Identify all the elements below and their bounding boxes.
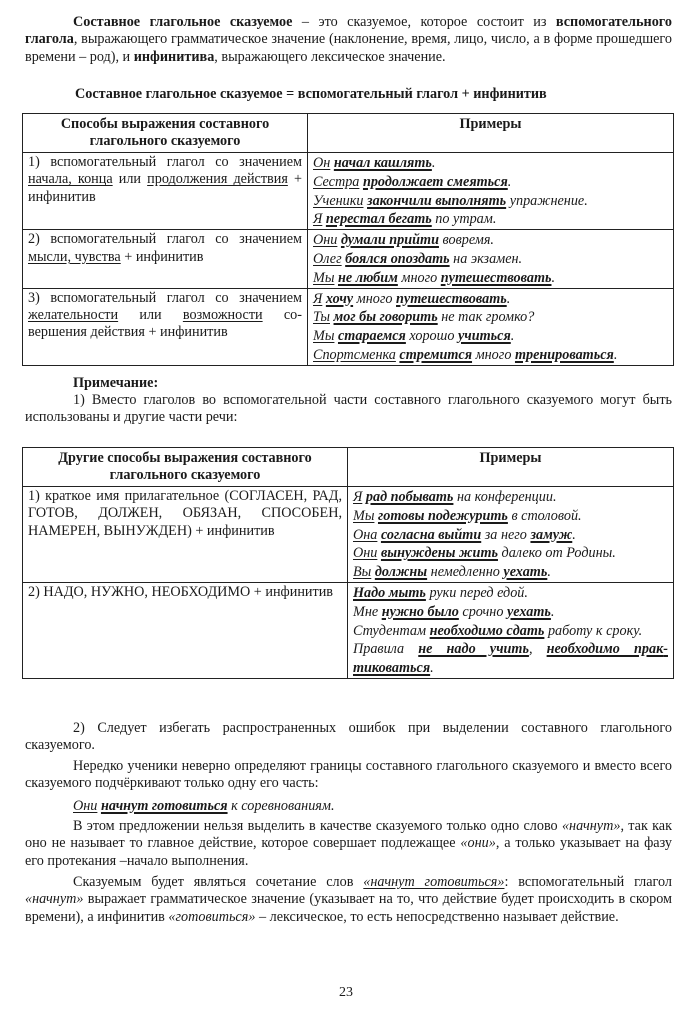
- section2-paragraph-3: В этом предложении нельзя выделить в кач…: [25, 818, 672, 870]
- example-sentence: Сестра продолжает смеяться.: [313, 173, 668, 192]
- example-sentence: Надо мыть руки перед едой.: [353, 584, 668, 603]
- table-header-row: Другие способы выражения составного глаг…: [23, 448, 674, 487]
- example-sentence: Ты мог бы говорить не так громко?: [313, 308, 668, 327]
- table-row: 2) НАДО, НУЖНО, НЕОБХОДИМО + ин­финитив …: [23, 582, 674, 678]
- term-bold: Составное глагольное сказуемое: [73, 14, 292, 30]
- note-title: Примечание:: [73, 375, 692, 392]
- example-sentence: Спортсменка стремится много тренироватьс…: [313, 346, 668, 365]
- example-sentence: Я рад побывать на конференции.: [353, 488, 668, 507]
- example-sentence: Студентам необходимо сдать работу к срок…: [353, 622, 668, 641]
- row-description: 1) вспомогательный глагол со значени­ем …: [23, 153, 308, 230]
- column-header-ways: Способы выражения составного глагольного…: [23, 114, 308, 153]
- example-sentence: Мы стараемся хорошо учиться.: [313, 327, 668, 346]
- note-paragraph: 1) Вместо глаголов во вспомогательной ча…: [25, 392, 672, 427]
- section2-example: Они начнут готовиться к соревнованиям.: [25, 798, 672, 815]
- example-sentence: Она согласна выйти за него замуж.: [353, 526, 668, 545]
- row-examples: Надо мыть руки перед едой. Мне нужно был…: [348, 582, 674, 678]
- table-row: 3) вспомогательный глагол со значени­ем …: [23, 288, 674, 365]
- example-sentence: Я перестал бегать по утрам.: [313, 210, 668, 229]
- row-examples: Я хочу много путешествовать. Ты мог бы г…: [308, 288, 674, 365]
- intro-paragraph: Составное глагольное сказуемое – это ска…: [25, 14, 672, 66]
- example-sentence: Мы готовы подежурить в столовой.: [353, 507, 668, 526]
- table-row: 2) вспомогательный глагол со значени­ем …: [23, 230, 674, 288]
- section2-paragraph-2: Нередко ученики неверно определяют грани…: [25, 758, 672, 793]
- row-examples: Он начал кашлять. Сестра продолжает смея…: [308, 153, 674, 230]
- table-header-row: Способы выражения составного глагольного…: [23, 114, 674, 153]
- table-other-ways: Другие способы выражения составного глаг…: [22, 447, 674, 679]
- example-sentence: Мы не любим много путешествовать.: [313, 269, 668, 288]
- row-description: 3) вспомогательный глагол со значени­ем …: [23, 288, 308, 365]
- table-row: 1) краткое имя прилагательное (СОГЛАСЕН,…: [23, 487, 674, 583]
- intro-text-3: , выражающего лексическое значение.: [214, 49, 445, 65]
- row-description: 2) НАДО, НУЖНО, НЕОБХОДИМО + ин­финитив: [23, 582, 348, 678]
- example-sentence: Олег боялся опоздать на экзамен.: [313, 250, 668, 269]
- section2-paragraph-4: Сказуемым будет являться сочетание слов …: [25, 874, 672, 926]
- example-sentence: Правила не надо учить, необходимо прак­т…: [353, 640, 668, 678]
- example-sentence: Он начал кашлять.: [313, 154, 668, 173]
- formula-heading: Составное глагольное сказуемое = вспомог…: [75, 86, 675, 103]
- row-examples: Я рад побывать на конференции. Мы готовы…: [348, 487, 674, 583]
- example-sentence: Они вынуждены жить далеко от Родины.: [353, 544, 668, 563]
- row-description: 1) краткое имя прилагательное (СОГЛАСЕН,…: [23, 487, 348, 583]
- row-description: 2) вспомогательный глагол со значени­ем …: [23, 230, 308, 288]
- example-sentence: Мне нужно было срочно уехать.: [353, 603, 668, 622]
- table-row: 1) вспомогательный глагол со значени­ем …: [23, 153, 674, 230]
- column-header-other-ways: Другие способы выражения составного глаг…: [23, 448, 348, 487]
- example-sentence: Я хочу много путешествовать.: [313, 290, 668, 309]
- example-sentence: Ученики закончили выполнять упражнение.: [313, 192, 668, 211]
- table-ways-of-expression: Способы выражения составного глагольного…: [22, 113, 674, 366]
- row-examples: Они думали прийти вовремя. Олег боялся о…: [308, 230, 674, 288]
- example-sentence: Вы должны немедленно уехать.: [353, 563, 668, 582]
- example-sentence: Они думали прийти вовремя.: [313, 231, 668, 250]
- intro-text-1: – это сказуемое, которое состоит из: [292, 14, 555, 30]
- page-number: 23: [0, 984, 692, 1001]
- infinitive-bold: инфинитива: [134, 49, 215, 65]
- column-header-examples: Примеры: [308, 114, 674, 153]
- section2-paragraph-1: 2) Следует избегать распространенных оши…: [25, 720, 672, 755]
- column-header-examples: Примеры: [348, 448, 674, 487]
